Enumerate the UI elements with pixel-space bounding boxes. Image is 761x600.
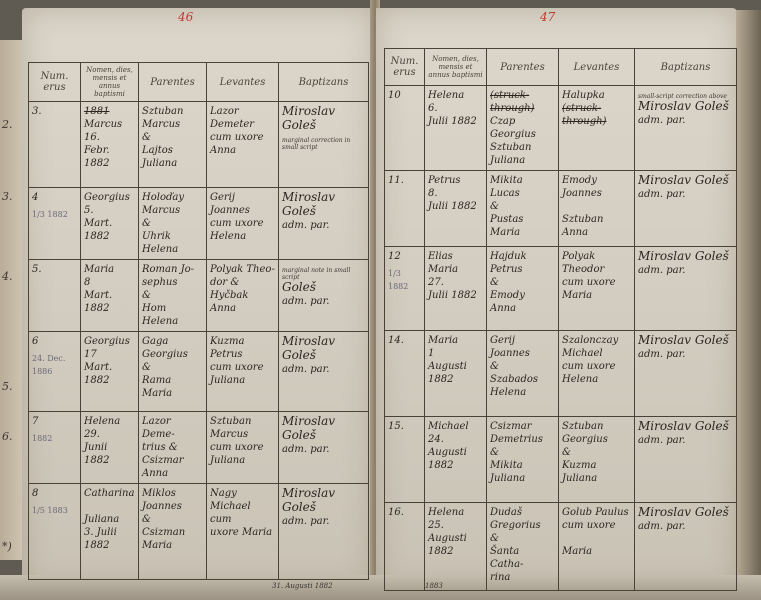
child-name: Georgius bbox=[84, 336, 130, 347]
child-name: Helena bbox=[84, 416, 120, 427]
margin-annotation: 1882 bbox=[32, 432, 77, 445]
entry-number: 5. bbox=[29, 260, 81, 332]
entry-name-date: 1881 Marcus 16. Febr. 1882 bbox=[81, 102, 139, 188]
child-name-2: Maria bbox=[428, 264, 458, 275]
entry-baptizer: Miroslav Goleš adm. par. bbox=[635, 417, 737, 503]
struck-text: 1881 bbox=[84, 106, 109, 117]
margin-mark: *) bbox=[2, 540, 12, 553]
parent-line: Csizman bbox=[142, 527, 185, 538]
baptizer-role: adm. par. bbox=[282, 220, 329, 231]
right-register-table: Num. erus Nomen, dies, mensis et annus b… bbox=[384, 48, 737, 591]
baptizer-signature: Goleš bbox=[282, 280, 316, 294]
godparent-line: Szalonczay bbox=[562, 335, 618, 346]
parent-line: & bbox=[490, 361, 499, 372]
entry-baptizer: Miroslav Goleš adm. par. bbox=[635, 503, 737, 591]
child-name: Georgius bbox=[84, 192, 130, 203]
parent-line: Emody bbox=[490, 290, 525, 301]
entry-parents: Dudaš Gregorius & Šanta Catha- rina bbox=[487, 503, 559, 591]
year: 1882 bbox=[84, 303, 109, 314]
entry-parents: Lazor Deme- trius & Csizmar Anna bbox=[139, 412, 207, 484]
year: 1882 bbox=[451, 201, 476, 212]
table-row: 8 1/5 1883 Catharina Juliana 3. Julii 18… bbox=[29, 484, 369, 580]
day: 6. bbox=[428, 103, 438, 114]
month: Febr. bbox=[84, 145, 110, 156]
parent-line: & bbox=[142, 132, 151, 143]
child-name: Michael bbox=[428, 421, 469, 432]
month: Mart. bbox=[84, 362, 112, 373]
header-num: Num. erus bbox=[385, 49, 425, 86]
table-row: 12 1/3 1882 Elias Maria 27. Julii 1882 H… bbox=[385, 247, 737, 331]
baptizer-role: adm. par. bbox=[638, 265, 685, 276]
godparent-line: Kuzma bbox=[210, 336, 244, 347]
day: 27. bbox=[428, 277, 444, 288]
entry-godparents: Halupka (struck-through) bbox=[559, 86, 635, 171]
parent-line: Roman Jo- bbox=[142, 264, 194, 275]
baptizer-signature: Miroslav Goleš bbox=[638, 99, 729, 113]
baptizer-signature: Miroslav Goleš bbox=[638, 173, 729, 187]
table-row: 11. Petrus 8. Julii 1882 Mikita Lucas & … bbox=[385, 171, 737, 247]
year: 1882 bbox=[428, 546, 453, 557]
parent-line: Gerij bbox=[490, 335, 515, 346]
parent-line: Csizmar bbox=[490, 421, 531, 432]
godparent-line: cum uxore bbox=[210, 362, 264, 373]
godparent-line: Gerij Joannes bbox=[210, 192, 250, 216]
entry-baptizer: marginal note in small script Goleš adm.… bbox=[279, 260, 369, 332]
child-name: Marcus bbox=[84, 119, 122, 130]
entry-parents: Roman Jo- sephus & Hom Helena bbox=[139, 260, 207, 332]
parent-line: Dudaš bbox=[490, 507, 522, 518]
entry-baptizer: Miroslav Goleš adm. par. bbox=[279, 332, 369, 412]
entry-num: 8 bbox=[32, 488, 38, 499]
parent-line: Sztuban bbox=[142, 106, 183, 117]
entry-name-date: Petrus 8. Julii 1882 bbox=[425, 171, 487, 247]
parent-line: Miklos bbox=[142, 488, 176, 499]
left-page-number: 46 bbox=[178, 10, 193, 24]
child-name: Elias bbox=[428, 251, 453, 262]
entry-baptizer: Miroslav Goleš adm. par. bbox=[279, 412, 369, 484]
entry-godparents: Gerij Joannes cum uxore Helena bbox=[207, 188, 279, 260]
baptizer-role: adm. par. bbox=[282, 364, 329, 375]
margin-annotation: 1/5 1883 bbox=[32, 504, 77, 517]
entry-name-date: Helena 6. Julii 1882 bbox=[425, 86, 487, 171]
marginal-note: marginal note in small script bbox=[282, 267, 365, 281]
entry-baptizer: Miroslav Goleš adm. par. bbox=[635, 331, 737, 417]
entry-baptizer: Miroslav Goleš adm. par. bbox=[279, 188, 369, 260]
header-godparents: Levantes bbox=[207, 63, 279, 102]
entry-parents: Gaga Georgius & Rama Maria bbox=[139, 332, 207, 412]
month: Augusti bbox=[428, 447, 467, 458]
struck-text: (struck-through) bbox=[562, 103, 606, 127]
godparent-line: Juliana bbox=[210, 455, 245, 466]
header-row: Num. erus Nomen, dies, mensis et annus b… bbox=[385, 49, 737, 86]
entry-name-date: Elias Maria 27. Julii 1882 bbox=[425, 247, 487, 331]
godparent-line: Juliana bbox=[210, 375, 245, 386]
child-name: Petrus bbox=[428, 175, 461, 186]
godparent-line: & bbox=[562, 447, 571, 458]
header-parents: Parentes bbox=[139, 63, 207, 102]
godparent-line: Polyak Theo- bbox=[210, 264, 275, 275]
parent-line: Lucas bbox=[490, 188, 520, 199]
child-name: Helena bbox=[428, 90, 464, 101]
entry-parents: Hajduk Petrus & Emody Anna bbox=[487, 247, 559, 331]
godparent-line: uxore Maria bbox=[210, 527, 272, 538]
table-row: 16. Helena 25. Augusti 1882 Dudaš Gregor… bbox=[385, 503, 737, 591]
month: Augusti bbox=[428, 533, 467, 544]
entry-godparents: Golub Paulus cum uxore Maria bbox=[559, 503, 635, 591]
entry-name-date: Helena 29. Junii 1882 bbox=[81, 412, 139, 484]
parent-line: & bbox=[490, 277, 499, 288]
entry-godparents: Polyak Theo- dor & Hyčbak Anna bbox=[207, 260, 279, 332]
parent-line: & bbox=[490, 201, 499, 212]
baptizer-signature: Miroslav Goleš bbox=[282, 486, 335, 514]
table-row: 6 24. Dec. 1886 Georgius 17 Mart. 1882 G… bbox=[29, 332, 369, 412]
parent-line: Marcus bbox=[142, 205, 180, 216]
baptizer-role: adm. par. bbox=[638, 115, 685, 126]
parent-line: rina bbox=[490, 572, 510, 583]
year: 1882 bbox=[451, 116, 476, 127]
godparent-line: Michael cum bbox=[210, 501, 251, 525]
margin-mark: 5. bbox=[2, 380, 13, 393]
margin-annotation: 1/3 1882 bbox=[388, 267, 421, 293]
day: 25. bbox=[428, 520, 444, 531]
parent-line: & bbox=[490, 447, 499, 458]
header-row: Num. erus Nomen, dies, mensis et annus b… bbox=[29, 63, 369, 102]
godparent-line: cum uxore bbox=[562, 277, 616, 288]
baptizer-signature: Miroslav Goleš bbox=[638, 505, 729, 519]
parent-line: Juliana bbox=[490, 473, 525, 484]
entry-num: 4 bbox=[32, 192, 38, 203]
parent-line: & bbox=[142, 290, 151, 301]
entry-baptizer: small-script correction above Miroslav G… bbox=[635, 86, 737, 171]
godparent-line: Halupka bbox=[562, 90, 605, 101]
parent-line: Marcus bbox=[142, 119, 180, 130]
day: 3. Julii bbox=[84, 527, 117, 538]
parent-line: Csizmar Anna bbox=[142, 455, 183, 479]
left-footer-note: 31. Augusti 1882 bbox=[272, 582, 333, 590]
parent-line: Holoďay bbox=[142, 192, 184, 203]
godparent-line: Petrus bbox=[210, 349, 243, 360]
left-register-table: Num. erus Nomen, dies, mensis et annus b… bbox=[28, 62, 369, 580]
entry-parents: Gerij Joannes & Szabados Helena bbox=[487, 331, 559, 417]
parent-line: Maria bbox=[142, 540, 172, 551]
baptizer-signature: Miroslav Goleš bbox=[638, 333, 729, 347]
parent-line: sephus bbox=[142, 277, 177, 288]
parent-line: Szabados bbox=[490, 374, 538, 385]
entry-godparents: Kuzma Petrus cum uxore Juliana bbox=[207, 332, 279, 412]
baptizer-role: adm. par. bbox=[638, 189, 685, 200]
right-footer-note: 1883 bbox=[425, 582, 443, 590]
entry-number: 3. bbox=[29, 102, 81, 188]
parent-line: Gaga bbox=[142, 336, 168, 347]
godparent-line: Polyak bbox=[562, 251, 595, 262]
entry-godparents: Szalonczay Michael cum uxore Helena bbox=[559, 331, 635, 417]
child-name: Helena bbox=[428, 507, 464, 518]
parent-line: & bbox=[142, 362, 151, 373]
child-name-2: Juliana bbox=[84, 514, 119, 525]
header-name: Nomen, dies, mensis et annus baptismi bbox=[425, 49, 487, 86]
parent-line: Joannes bbox=[490, 348, 530, 359]
entry-name-date: Georgius 17 Mart. 1882 bbox=[81, 332, 139, 412]
day: 17 bbox=[84, 349, 97, 360]
godparent-line: Hyčbak Anna bbox=[210, 290, 248, 314]
day: 5. bbox=[84, 205, 94, 216]
parent-line: Mikita bbox=[490, 460, 523, 471]
baptizer-signature: Miroslav Goleš bbox=[282, 190, 335, 218]
entry-godparents: Emody Joannes Sztuban Anna bbox=[559, 171, 635, 247]
year: 1882 bbox=[428, 460, 453, 471]
baptizer-role: adm. par. bbox=[282, 296, 329, 307]
month: Mart. bbox=[84, 218, 112, 229]
parent-line: Georgius bbox=[142, 349, 188, 360]
parent-line: Šanta Catha- bbox=[490, 546, 523, 570]
table-row: 14. Maria 1 Augusti 1882 Gerij Joannes &… bbox=[385, 331, 737, 417]
entry-baptizer: Miroslav Goleš adm. par. bbox=[635, 171, 737, 247]
parent-line: trius & bbox=[142, 442, 178, 453]
parent-line: Helena bbox=[490, 387, 526, 398]
entry-godparents: Nagy Michael cum uxore Maria bbox=[207, 484, 279, 580]
godparent-line: Maria bbox=[562, 546, 592, 557]
baptizer-signature: Miroslav Goleš bbox=[638, 419, 729, 433]
parent-line: Uhrik Helena bbox=[142, 231, 178, 255]
godparent-line: Sztuban Marcus bbox=[210, 416, 251, 440]
entry-baptizer: Miroslav Goleš marginal correction in sm… bbox=[279, 102, 369, 188]
margin-mark: 2. bbox=[2, 118, 13, 131]
parent-line: Joannes bbox=[142, 501, 182, 512]
godparent-line: Michael bbox=[562, 348, 603, 359]
parent-line: Hajduk bbox=[490, 251, 527, 262]
year: 1882 bbox=[451, 290, 476, 301]
entry-godparents: Polyak Theodor cum uxore Maria bbox=[559, 247, 635, 331]
parent-line: Gregorius bbox=[490, 520, 541, 531]
baptizer-signature: Miroslav Goleš bbox=[282, 104, 335, 132]
entry-name-date: Michael 24. Augusti 1882 bbox=[425, 417, 487, 503]
month: Augusti bbox=[428, 361, 467, 372]
header-parents: Parentes bbox=[487, 49, 559, 86]
year: 1882 bbox=[84, 231, 109, 242]
header-baptizer: Baptizans bbox=[279, 63, 369, 102]
parent-line: Maria bbox=[142, 388, 172, 399]
godparent-line: cum uxore Anna bbox=[210, 132, 264, 156]
godparent-line: Juliana bbox=[562, 473, 597, 484]
table-row: 7 1882 Helena 29. Junii 1882 Lazor Deme-… bbox=[29, 412, 369, 484]
margin-mark: 3. bbox=[2, 190, 13, 203]
baptizer-signature: Miroslav Goleš bbox=[282, 414, 335, 442]
entry-num: 6 bbox=[32, 336, 38, 347]
table-row: 4 1/3 1882 Georgius 5. Mart. 1882 Holoďa… bbox=[29, 188, 369, 260]
year: 1882 bbox=[84, 158, 109, 169]
parent-line: Mikita bbox=[490, 175, 523, 186]
godparent-line: Nagy bbox=[210, 488, 237, 499]
parent-line: Pustas bbox=[490, 214, 523, 225]
child-name: Maria bbox=[84, 264, 114, 275]
right-page-number: 47 bbox=[540, 10, 555, 24]
entry-parents: (struck-through) Czap Georgius Sztuban J… bbox=[487, 86, 559, 171]
godparent-line: Sztuban Anna bbox=[562, 214, 603, 238]
year: 1882 bbox=[84, 540, 109, 551]
day: 8. bbox=[428, 188, 438, 199]
margin-mark: 6. bbox=[2, 430, 13, 443]
entry-number: 10 bbox=[385, 86, 425, 171]
godparent-line: dor & bbox=[210, 277, 239, 288]
entry-parents: Sztuban Marcus & Lajtos Juliana bbox=[139, 102, 207, 188]
marginal-note: marginal correction in small script bbox=[282, 137, 365, 151]
godparent-line: cum uxore bbox=[210, 218, 264, 229]
parent-line: Czap Georgius bbox=[490, 116, 536, 140]
parent-line: Hom Helena bbox=[142, 303, 178, 327]
entry-parents: Miklos Joannes & Csizman Maria bbox=[139, 484, 207, 580]
parent-line: & bbox=[142, 514, 151, 525]
header-godparents: Levantes bbox=[559, 49, 635, 86]
godparent-line: Sztuban bbox=[562, 421, 603, 432]
table-row: 3. 1881 Marcus 16. Febr. 1882 Sztuban Ma… bbox=[29, 102, 369, 188]
entry-baptizer: Miroslav Goleš adm. par. bbox=[635, 247, 737, 331]
table-row: 10 Helena 6. Julii 1882 (struck-through)… bbox=[385, 86, 737, 171]
entry-number: 4 1/3 1882 bbox=[29, 188, 81, 260]
header-baptizer: Baptizans bbox=[635, 49, 737, 86]
baptizer-signature: Miroslav Goleš bbox=[638, 249, 729, 263]
entry-number: 6 24. Dec. 1886 bbox=[29, 332, 81, 412]
parent-line: Rama bbox=[142, 375, 171, 386]
header-name: Nomen, dies, mensis et annus baptismi bbox=[81, 63, 139, 102]
entry-number: 16. bbox=[385, 503, 425, 591]
day: 16. bbox=[84, 132, 100, 143]
parent-line: Demetrius bbox=[490, 434, 543, 445]
godparent-line: Lazor Demeter bbox=[210, 106, 254, 130]
baptizer-role: adm. par. bbox=[638, 349, 685, 360]
godparent-line: Helena bbox=[210, 231, 246, 242]
entry-godparents: Sztuban Georgius & Kuzma Juliana bbox=[559, 417, 635, 503]
entry-baptizer: Miroslav Goleš adm. par. bbox=[279, 484, 369, 580]
day: 29. bbox=[84, 429, 100, 440]
godparent-line: cum uxore bbox=[562, 520, 616, 531]
entry-name-date: Catharina Juliana 3. Julii 1882 bbox=[81, 484, 139, 580]
child-name: Catharina bbox=[84, 488, 134, 499]
entry-number: 11. bbox=[385, 171, 425, 247]
entry-num: 12 bbox=[388, 251, 401, 262]
day: 8 bbox=[84, 277, 90, 288]
entry-name-date: Helena 25. Augusti 1882 bbox=[425, 503, 487, 591]
entry-name-date: Georgius 5. Mart. 1882 bbox=[81, 188, 139, 260]
margin-annotation: 24. Dec. 1886 bbox=[32, 352, 77, 378]
right-page-torn-edge bbox=[736, 10, 761, 600]
table-row: 15. Michael 24. Augusti 1882 Csizmar Dem… bbox=[385, 417, 737, 503]
parent-line: Maria bbox=[490, 227, 520, 238]
godparent-line: Maria bbox=[562, 290, 592, 301]
baptizer-role: adm. par. bbox=[282, 516, 329, 527]
godparent-line: Helena bbox=[562, 374, 598, 385]
entry-parents: Csizmar Demetrius & Mikita Juliana bbox=[487, 417, 559, 503]
entry-number: 8 1/5 1883 bbox=[29, 484, 81, 580]
margin-annotation: 1/3 1882 bbox=[32, 208, 77, 221]
entry-num: 7 bbox=[32, 416, 38, 427]
entry-name-date: Maria 1 Augusti 1882 bbox=[425, 331, 487, 417]
entry-name-date: Maria 8 Mart. 1882 bbox=[81, 260, 139, 332]
entry-number: 12 1/3 1882 bbox=[385, 247, 425, 331]
day: 1 bbox=[428, 348, 434, 359]
header-num: Num. erus bbox=[29, 63, 81, 102]
entry-godparents: Lazor Demeter cum uxore Anna bbox=[207, 102, 279, 188]
baptizer-role: adm. par. bbox=[282, 444, 329, 455]
margin-mark: 4. bbox=[2, 270, 13, 283]
struck-text: (struck-through) bbox=[490, 90, 534, 114]
parent-line: & bbox=[490, 533, 499, 544]
year: 1882 bbox=[84, 455, 109, 466]
entry-number: 14. bbox=[385, 331, 425, 417]
godparent-line: Golub Paulus bbox=[562, 507, 629, 518]
month: Julii bbox=[428, 201, 448, 212]
parent-line: Lazor Deme- bbox=[142, 416, 175, 440]
baptizer-role: adm. par. bbox=[638, 521, 685, 532]
entry-parents: Holoďay Marcus & Uhrik Helena bbox=[139, 188, 207, 260]
godparent-line: Emody Joannes bbox=[562, 175, 602, 199]
parent-line: Sztuban Juliana bbox=[490, 142, 531, 166]
parent-line: Anna bbox=[490, 303, 516, 314]
godparent-line: Kuzma bbox=[562, 460, 596, 471]
entry-number: 15. bbox=[385, 417, 425, 503]
entry-godparents: Sztuban Marcus cum uxore Juliana bbox=[207, 412, 279, 484]
entry-parents: Mikita Lucas & Pustas Maria bbox=[487, 171, 559, 247]
godparent-line: Theodor bbox=[562, 264, 604, 275]
godparent-line: cum uxore bbox=[562, 361, 616, 372]
year: 1882 bbox=[428, 374, 453, 385]
table-row: 5. Maria 8 Mart. 1882 Roman Jo- sephus &… bbox=[29, 260, 369, 332]
baptizer-role: adm. par. bbox=[638, 435, 685, 446]
parent-line: Petrus bbox=[490, 264, 523, 275]
parent-line: Lajtos Juliana bbox=[142, 145, 177, 169]
parent-line: & bbox=[142, 218, 151, 229]
month: Junii bbox=[84, 442, 107, 453]
godparent-line: Georgius bbox=[562, 434, 608, 445]
baptizer-signature: Miroslav Goleš bbox=[282, 334, 335, 362]
ledger-photo: 46 47 2. 3. 4. 5. 6. *) Num. erus Nomen,… bbox=[0, 0, 761, 600]
child-name: Maria bbox=[428, 335, 458, 346]
month: Mart. bbox=[84, 290, 112, 301]
year: 1882 bbox=[84, 375, 109, 386]
month: Julii bbox=[428, 290, 448, 301]
godparent-line: cum uxore bbox=[210, 442, 264, 453]
month: Julii bbox=[428, 116, 448, 127]
day: 24. bbox=[428, 434, 444, 445]
entry-number: 7 1882 bbox=[29, 412, 81, 484]
